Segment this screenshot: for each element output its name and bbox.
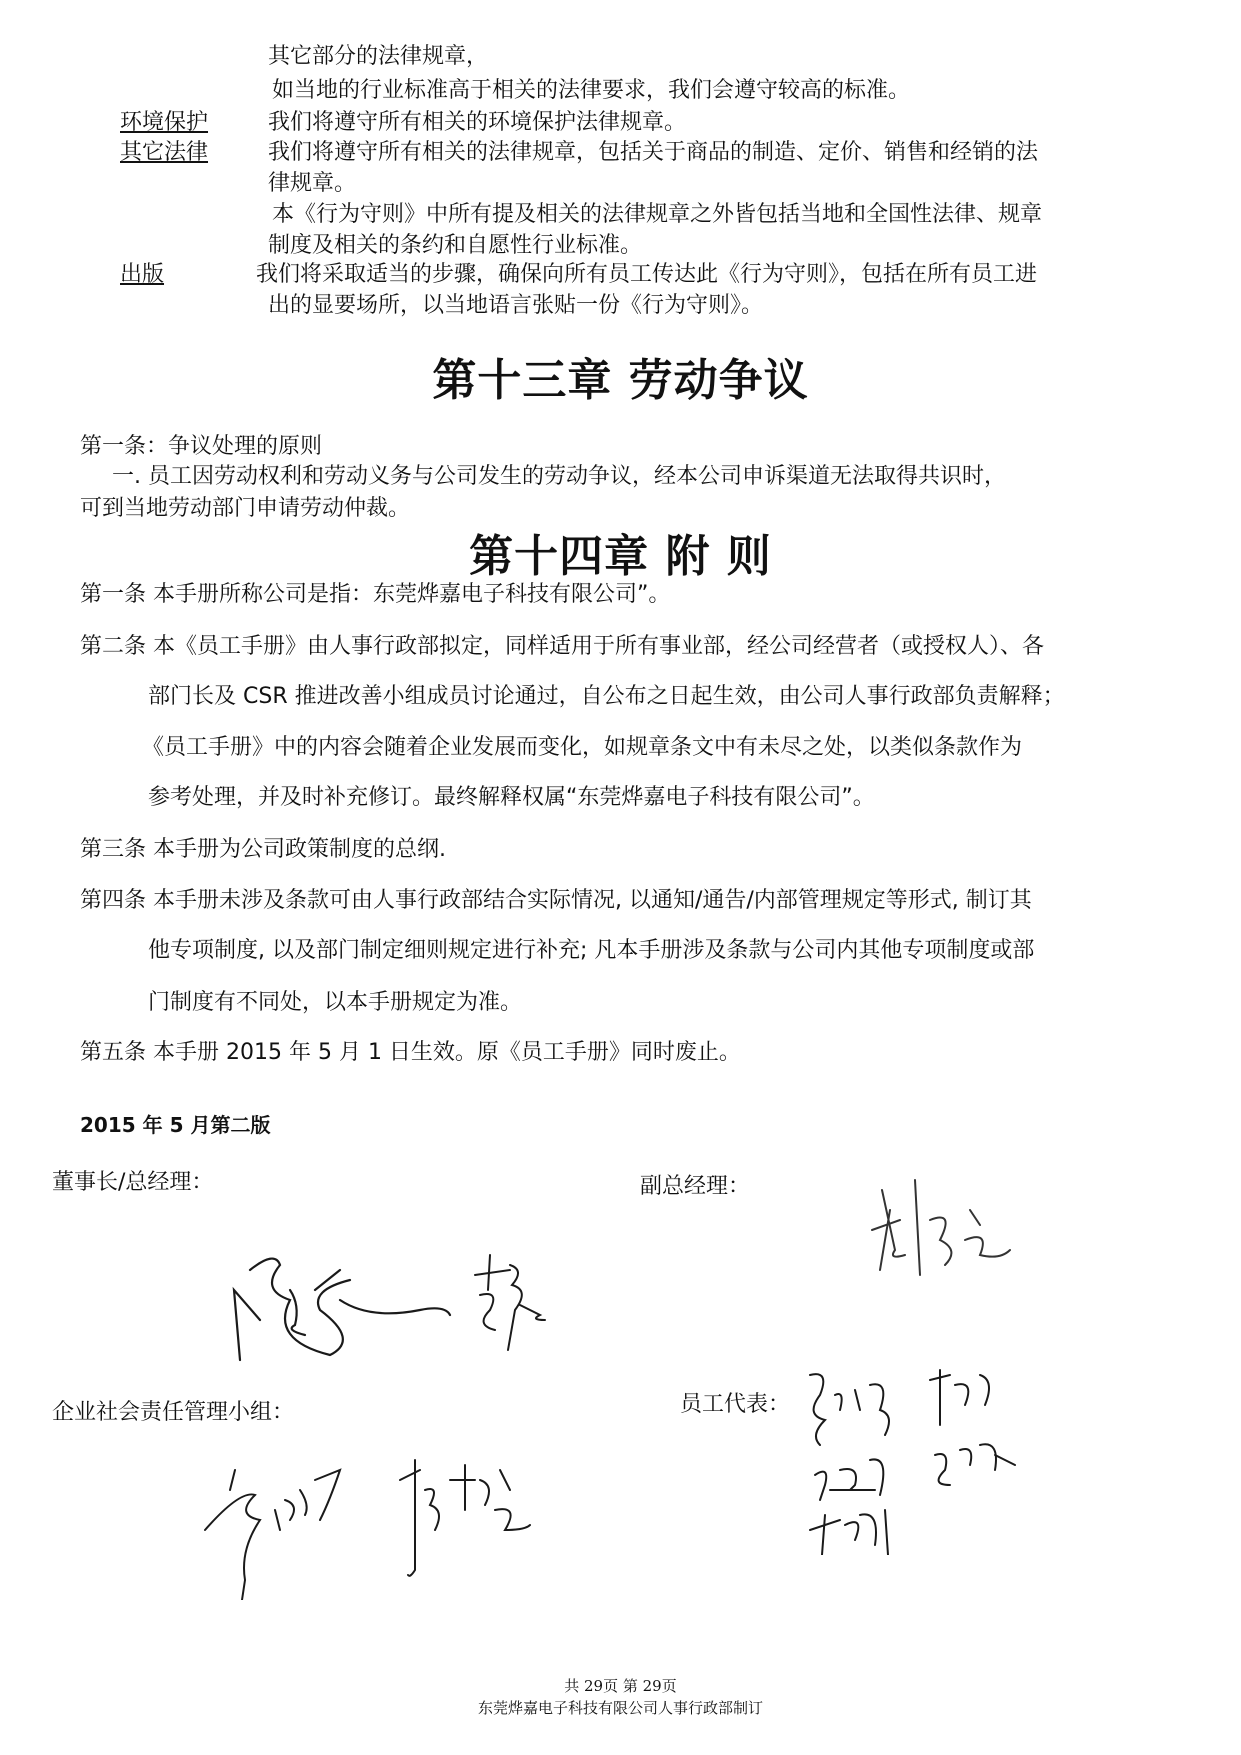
vice-gm-signature (860, 1170, 1040, 1280)
ch14-article-2-line-4: 参考处理，并及时补充修订。最终解释权属“东莞烨嘉电子科技有限公司”。 (148, 785, 875, 811)
other-laws-line-4: 制度及相关的条约和自愿性行业标准。 (268, 233, 642, 259)
ch14-article-1: 第一条 本手册所称公司是指：东莞烨嘉电子科技有限公司”。 (80, 582, 670, 608)
ch14-article-4-line-3: 门制度有不同处，以本手册规定为准。 (148, 990, 522, 1016)
term-environment: 环境保护 (120, 110, 208, 136)
ch14-article-2-line-2: 部门长及 CSR 推进改善小组成员讨论通过，自公布之日起生效，由公司人事行政部负… (148, 684, 1065, 710)
environment-text: 我们将遵守所有相关的环境保护法律规章。 (268, 110, 686, 136)
publication-line-2: 出的显要场所，以当地语言张贴一份《行为守则》。 (268, 293, 763, 319)
ch14-article-2-line-1: 第二条 本《员工手册》由人事行政部拟定，同样适用于所有事业部，经公司经营者（或授… (80, 634, 1044, 660)
ch14-article-4-line-1: 第四条 本手册未涉及条款可由人事行政部结合实际情况, 以通知/通告/内部管理规定… (80, 888, 1032, 914)
page-info: 共 29页 第 29页 (0, 1676, 1241, 1696)
other-laws-line-2: 律规章。 (268, 171, 356, 197)
chairman-signature-2 (470, 1250, 550, 1360)
employee-rep-signatures (800, 1365, 1030, 1555)
ch14-article-2-line-3: 《员工手册》中的内容会随着企业发展而变化，如规章条文中有未尽之处，以类似条款作为 (142, 735, 1022, 761)
chairman-signature-1 (220, 1230, 460, 1370)
other-laws-line-1: 我们将遵守所有相关的法律规章，包括关于商品的制造、定价、销售和经销的法 (268, 140, 1038, 166)
publication-line-1: 我们将采取适当的步骤，确保向所有员工传达此《行为守则》，包括在所有员工进 (256, 262, 1037, 288)
ch14-article-3: 第三条 本手册为公司政策制度的总纲. (80, 837, 446, 863)
chapter-13-title: 第十三章 劳动争议 (0, 344, 1241, 408)
edition-label: 2015 年 5 月第二版 (80, 1112, 270, 1138)
ch14-article-4-line-2: 他专项制度, 以及部门制定细则规定进行补充; 凡本手册涉及条款与公司内其他专项制… (148, 938, 1034, 964)
employee-rep-label: 员工代表： (680, 1392, 790, 1418)
csr-signature-2 (380, 1450, 540, 1580)
chapter-13-article-1-line-1: 一. 员工因劳动权利和劳动义务与公司发生的劳动争议，经本公司申诉渠道无法取得共识… (112, 464, 1006, 490)
intro-line-2: 如当地的行业标准高于相关的法律要求，我们会遵守较高的标准。 (272, 78, 910, 104)
issuer-line: 东莞烨嘉电子科技有限公司人事行政部制订 (0, 1698, 1241, 1718)
csr-group-label: 企业社会责任管理小组： (52, 1400, 294, 1426)
chapter-13-article-1-line-2: 可到当地劳动部门申请劳动仲裁。 (80, 496, 410, 522)
chapter-13-article-1-heading: 第一条：争议处理的原则 (80, 434, 322, 460)
csr-signature-1 (200, 1460, 360, 1600)
term-other-laws: 其它法律 (120, 140, 208, 166)
term-publication: 出版 (120, 262, 164, 288)
chapter-14-title: 第十四章 附 则 (0, 520, 1241, 584)
ch14-article-5: 第五条 本手册 2015 年 5 月 1 日生效。原《员工手册》同时废止。 (80, 1040, 741, 1066)
chairman-label: 董事长/总经理： (52, 1170, 213, 1196)
other-laws-line-3: 本《行为守则》中所有提及相关的法律规章之外皆包括当地和全国性法律、规章 (272, 202, 1042, 228)
intro-line-1: 其它部分的法律规章， (268, 44, 488, 70)
vice-gm-label: 副总经理： (640, 1174, 750, 1200)
